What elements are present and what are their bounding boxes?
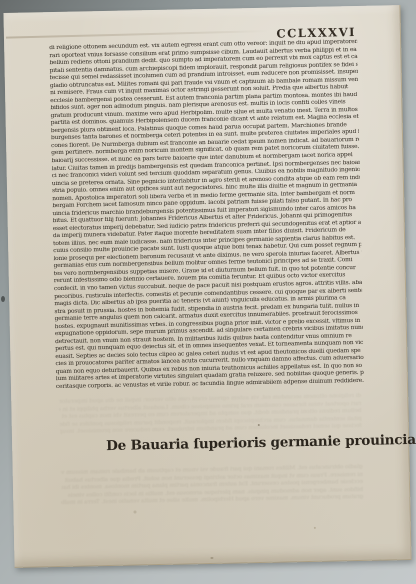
body-text-line: gladio obtruncatus est. Milites romani q… xyxy=(61,464,363,478)
show-through-text-lower: gladio obtruncatus est. Milites romani q… xyxy=(61,464,364,508)
paper-stain xyxy=(133,510,136,513)
body-text-line: bifidos sunt. ager non admodum pinguis. … xyxy=(61,487,363,501)
body-text-block: di religione ottonem secundum est. vix a… xyxy=(49,39,364,392)
paper-stain xyxy=(258,424,260,426)
body-text-line: pitali sententia damnatus. cum archiepis… xyxy=(60,416,362,430)
paper-stain xyxy=(314,527,316,529)
body-text-line: ni remisere. Fraus cum vt inquit maximas… xyxy=(61,471,363,485)
body-text-line: gratum producunt vinum. maxime vero apud… xyxy=(61,494,363,508)
section-heading: De Bauaria ſuperioris germanie prouincia xyxy=(106,433,366,454)
body-text-line: di religione ottonem secundum est. vix a… xyxy=(59,393,361,407)
body-text-line: ecclesie bambergensi postea cesserunt. E… xyxy=(61,479,363,493)
edge-mark xyxy=(1,296,5,302)
paper-crease xyxy=(6,30,268,39)
body-text-line: rari oporteat vnius forsasse consilium e… xyxy=(59,400,361,414)
scanned-page-photo: CCLXXXVI di religione ottonem secundum e… xyxy=(0,0,416,584)
incunabulum-paper-leaf: CCLXXXVI di religione ottonem secundum e… xyxy=(3,5,411,568)
show-through-text-upper: di religione ottonem secundum est. vix a… xyxy=(59,393,362,437)
body-text-line: bellum rediens ottoni prandium dedit. qu… xyxy=(60,408,362,422)
paper-stain xyxy=(210,557,213,559)
